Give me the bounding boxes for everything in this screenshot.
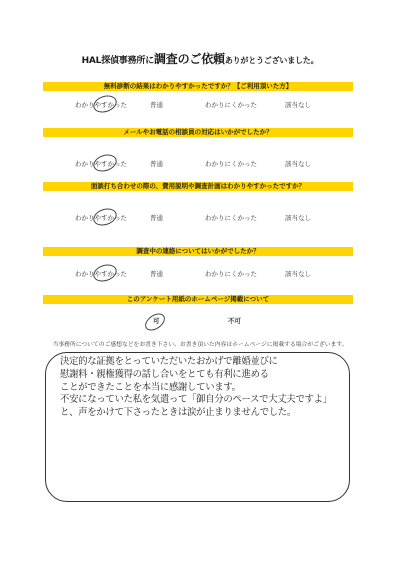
homepage-permission-options: 可 不可 [0,314,400,328]
title-emphasis: 調査のご依頼 [154,52,225,66]
q3-option-easy[interactable]: わかりやすかった [75,212,127,224]
question-2-header: メールやお電話の相談員の対応はいかがでしたか？ [43,128,353,137]
comment-line: 決定的な証拠をとっていただいたおかげで離婚並びに [60,356,350,369]
q1-option-na[interactable]: 該当なし [285,99,311,111]
title-prefix: HAL探偵事務所に [82,56,154,66]
question-1-header: 無料診断の結果はわかりやすかったですか？【ご利用頂いた方】 [43,82,353,91]
q1-option-normal[interactable]: 普通 [150,99,163,111]
q1-option-hard[interactable]: わかりにくかった [205,99,257,111]
permission-option-no[interactable]: 不可 [228,314,241,328]
q3-option-na[interactable]: 該当なし [285,212,311,224]
question-1-options: わかりやすかった 普通 わかりにくかった 該当なし [0,99,400,111]
q2-option-easy[interactable]: わかりやすかった [75,158,127,170]
handwritten-comment: 決定的な証拠をとっていただいたおかげで離婚並びに 慰謝料・親権獲得の話し合いをと… [60,356,350,420]
q4-option-normal[interactable]: 普通 [150,268,163,280]
q4-option-easy[interactable]: わかりやすかった [75,268,127,280]
q3-option-hard[interactable]: わかりにくかった [205,212,257,224]
q2-option-na[interactable]: 該当なし [285,158,311,170]
comment-line: ことができたことを本当に感謝しています。 [60,382,350,395]
question-2-options: わかりやすかった 普通 わかりにくかった 該当なし [0,158,400,170]
q4-option-na[interactable]: 該当なし [285,268,311,280]
page-title: HAL探偵事務所に調査のご依頼ありがとうございました。 [0,50,400,67]
permission-option-yes[interactable]: 可 [153,314,160,328]
question-4-options: わかりやすかった 普通 わかりにくかった 該当なし [0,268,400,280]
q1-option-easy[interactable]: わかりやすかった [75,99,127,111]
title-suffix: ありがとうございました。 [225,56,319,65]
question-3-options: わかりやすかった 普通 わかりにくかった 該当なし [0,212,400,224]
q4-option-hard[interactable]: わかりにくかった [205,268,257,280]
q3-option-normal[interactable]: 普通 [150,212,163,224]
comment-line: と、声をかけて下さったときは涙が止まりませんでした。 [60,407,350,420]
question-3-header: 面談打ち合わせの際の、費用説明や調査計画はわかりやすかったですか？ [43,182,353,191]
q2-option-hard[interactable]: わかりにくかった [205,158,257,170]
question-4-header: 調査中の連絡についてはいかがでしたか？ [43,247,353,256]
comment-line: 不安になっていた私を気遣って「御自分のペースで大丈夫ですよ」 [60,394,350,407]
homepage-permission-header: このアンケート用紙のホームページ掲載について [43,295,353,304]
comment-notice: 当事務所についてのご感想などをお書き下さい。お書き頂いた内容はホームページに掲載… [0,339,400,348]
q2-option-normal[interactable]: 普通 [150,158,163,170]
comment-line: 慰謝料・親権獲得の話し合いをとても有利に進める [60,369,350,382]
